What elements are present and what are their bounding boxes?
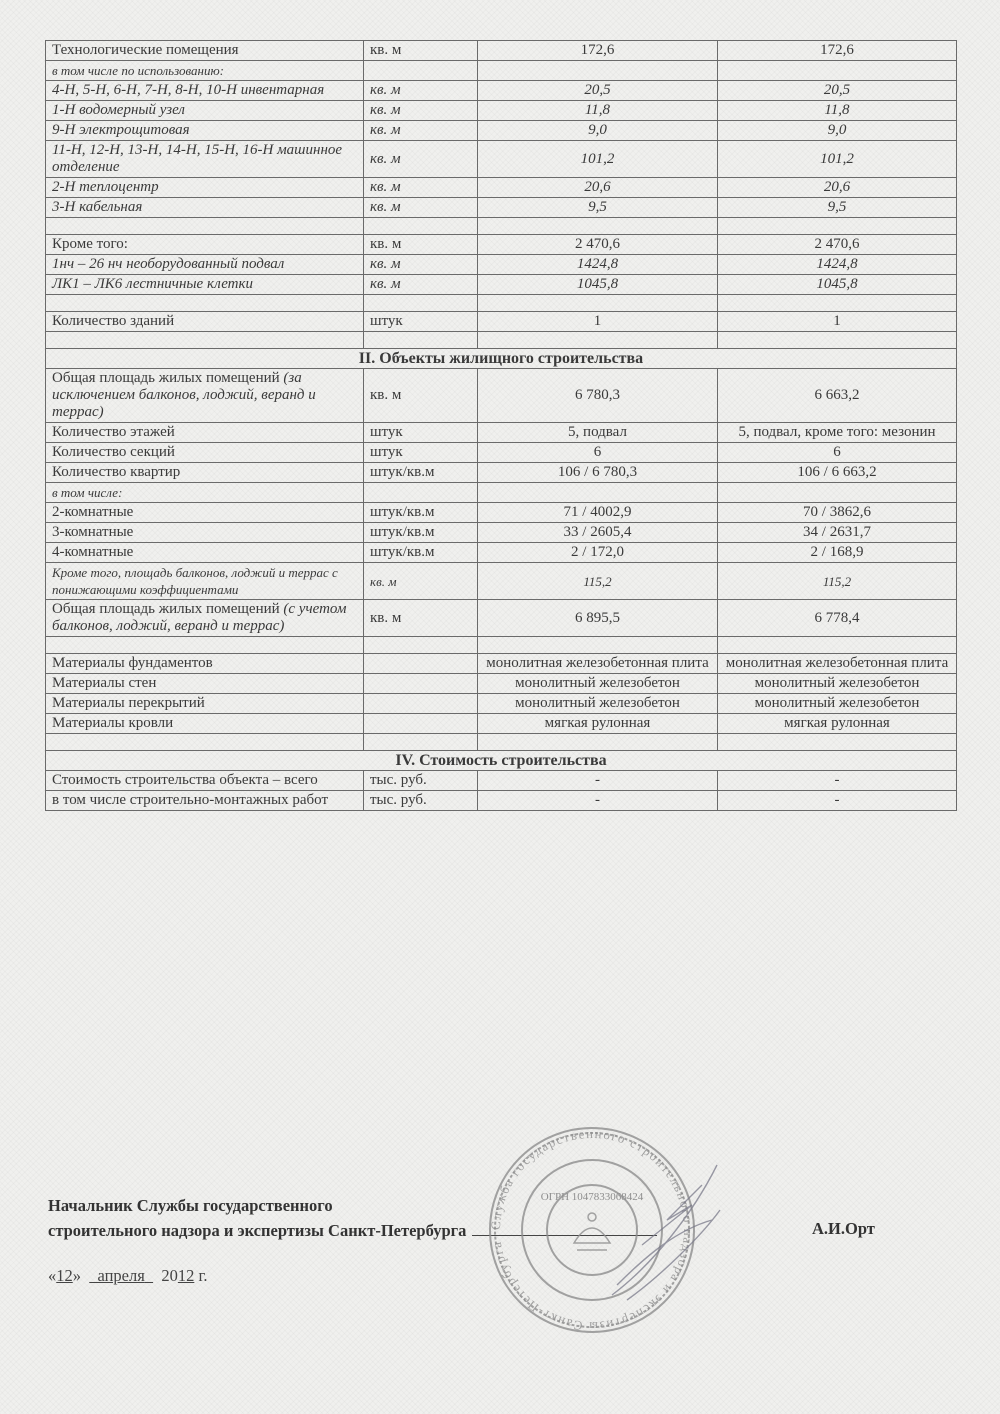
value-project: 33 / 2605,4 [478, 523, 718, 543]
empty-cell [718, 295, 957, 312]
blank-row [46, 332, 957, 349]
row-unit: кв. м [364, 369, 478, 423]
value-actual: 1045,8 [718, 275, 957, 295]
value-actual: 1424,8 [718, 255, 957, 275]
row-label: Количество зданий [46, 312, 364, 332]
value-project: 6 780,3 [478, 369, 718, 423]
value-project [478, 61, 718, 81]
table-row: 3-Н кабельнаякв. м9,59,5 [46, 198, 957, 218]
value-project: монолитный железобетон [478, 674, 718, 694]
row-unit [364, 654, 478, 674]
value-actual: 34 / 2631,7 [718, 523, 957, 543]
empty-cell [46, 734, 364, 751]
empty-cell [718, 637, 957, 654]
row-label: Количество этажей [46, 423, 364, 443]
row-unit: кв. м [364, 235, 478, 255]
row-unit: штук [364, 443, 478, 463]
row-unit: тыс. руб. [364, 791, 478, 811]
row-label: 9-Н электрощитовая [46, 121, 364, 141]
value-actual: мягкая рулонная [718, 714, 957, 734]
signatory-name: А.И.Орт [812, 1219, 875, 1239]
value-project: 101,2 [478, 141, 718, 178]
row-label: Общая площадь жилых помещений (с учетом … [46, 600, 364, 637]
table-row: Материалы стенмонолитный железобетонмоно… [46, 674, 957, 694]
value-project: 1424,8 [478, 255, 718, 275]
table-row: Общая площадь жилых помещений (с учетом … [46, 600, 957, 637]
value-project: 20,6 [478, 178, 718, 198]
row-label: 1нч – 26 нч необорудованный подвал [46, 255, 364, 275]
table-row: в том числе по использованию: [46, 61, 957, 81]
row-unit: кв. м [364, 81, 478, 101]
table-row: Материалы кровлимягкая рулоннаямягкая ру… [46, 714, 957, 734]
row-label: в том числе: [46, 483, 364, 503]
value-actual: 20,6 [718, 178, 957, 198]
row-label: 11-Н, 12-Н, 13-Н, 14-Н, 15-Н, 16-Н машин… [46, 141, 364, 178]
row-label: Стоимость строительства объекта – всего [46, 771, 364, 791]
empty-cell [718, 734, 957, 751]
empty-cell [478, 332, 718, 349]
document-page: Технологические помещениякв. м172,6172,6… [0, 0, 1000, 1414]
official-seal-stamp-icon: Служба государственного строительного на… [462, 1125, 722, 1335]
table-row: 1нч – 26 нч необорудованный подвалкв. м1… [46, 255, 957, 275]
value-actual: 9,5 [718, 198, 957, 218]
empty-cell [46, 218, 364, 235]
row-label: Материалы стен [46, 674, 364, 694]
value-project [478, 483, 718, 503]
date-quote-open: « [48, 1266, 56, 1285]
empty-cell [364, 332, 478, 349]
table-body: Технологические помещениякв. м172,6172,6… [46, 41, 957, 811]
value-actual: 1 [718, 312, 957, 332]
row-unit: кв. м [364, 255, 478, 275]
row-unit: кв. м [364, 600, 478, 637]
section-title: IV. Стоимость строительства [46, 751, 957, 771]
value-project: монолитный железобетон [478, 694, 718, 714]
value-project: 11,8 [478, 101, 718, 121]
row-unit [364, 694, 478, 714]
empty-cell [364, 734, 478, 751]
value-actual: 20,5 [718, 81, 957, 101]
row-label: 2-Н теплоцентр [46, 178, 364, 198]
table-row: 2-комнатныештук/кв.м71 / 4002,970 / 3862… [46, 503, 957, 523]
table-row: 1-Н водомерный узелкв. м11,811,8 [46, 101, 957, 121]
row-label: Общая площадь жилых помещений (за исключ… [46, 369, 364, 423]
value-actual: 101,2 [718, 141, 957, 178]
value-actual: 6 [718, 443, 957, 463]
date-day: 12 [56, 1266, 73, 1285]
row-unit: штук/кв.м [364, 503, 478, 523]
value-project: 9,0 [478, 121, 718, 141]
table-row: в том числе строительно-монтажных работт… [46, 791, 957, 811]
table-row: в том числе: [46, 483, 957, 503]
row-unit: кв. м [364, 101, 478, 121]
row-unit: тыс. руб. [364, 771, 478, 791]
row-label: Технологические помещения [46, 41, 364, 61]
empty-cell [46, 295, 364, 312]
row-label: Материалы фундаментов [46, 654, 364, 674]
row-label: ЛК1 – ЛК6 лестничные клетки [46, 275, 364, 295]
value-actual: монолитный железобетон [718, 694, 957, 714]
date-suffix: г. [198, 1266, 207, 1285]
signatory-title-line-2: строительного надзора и экспертизы Санкт… [48, 1221, 466, 1240]
value-project: мягкая рулонная [478, 714, 718, 734]
row-label: 4-комнатные [46, 543, 364, 563]
value-actual: 6 663,2 [718, 369, 957, 423]
empty-cell [46, 332, 364, 349]
section-header-row: IV. Стоимость строительства [46, 751, 957, 771]
row-unit: кв. м [364, 563, 478, 600]
row-label: Материалы кровли [46, 714, 364, 734]
value-project: 1 [478, 312, 718, 332]
table-row: Технологические помещениякв. м172,6172,6 [46, 41, 957, 61]
table-row: 9-Н электрощитоваякв. м9,09,0 [46, 121, 957, 141]
section-title: II. Объекты жилищного строительства [46, 349, 957, 369]
svg-text:ОГРН 1047833068424: ОГРН 1047833068424 [541, 1191, 644, 1203]
table-row: Материалы фундаментовмонолитная железобе… [46, 654, 957, 674]
row-label: Материалы перекрытий [46, 694, 364, 714]
row-label: 1-Н водомерный узел [46, 101, 364, 121]
table-row: 11-Н, 12-Н, 13-Н, 14-Н, 15-Н, 16-Н машин… [46, 141, 957, 178]
row-unit: кв. м [364, 41, 478, 61]
row-unit: кв. м [364, 141, 478, 178]
table-row: Количество этажейштук5, подвал5, подвал,… [46, 423, 957, 443]
row-label: 3-Н кабельная [46, 198, 364, 218]
value-actual: 115,2 [718, 563, 957, 600]
date-month: апреля [89, 1266, 153, 1285]
empty-cell [718, 218, 957, 235]
value-project: монолитная железобетонная плита [478, 654, 718, 674]
row-label: 4-Н, 5-Н, 6-Н, 7-Н, 8-Н, 10-Н инвентарна… [46, 81, 364, 101]
row-label: 2-комнатные [46, 503, 364, 523]
row-unit [364, 483, 478, 503]
value-actual: 172,6 [718, 41, 957, 61]
value-actual: 106 / 6 663,2 [718, 463, 957, 483]
row-unit: штук/кв.м [364, 543, 478, 563]
row-unit: кв. м [364, 178, 478, 198]
value-project: 20,5 [478, 81, 718, 101]
table-row: Стоимость строительства объекта – всегот… [46, 771, 957, 791]
row-label: в том числе по использованию: [46, 61, 364, 81]
table-row: Количество зданийштук11 [46, 312, 957, 332]
empty-cell [364, 218, 478, 235]
row-unit: кв. м [364, 198, 478, 218]
value-actual: 2 / 168,9 [718, 543, 957, 563]
row-unit [364, 714, 478, 734]
empty-cell [478, 295, 718, 312]
value-project: 2 / 172,0 [478, 543, 718, 563]
row-unit: штук [364, 423, 478, 443]
table-row: 2-Н теплоцентркв. м20,620,6 [46, 178, 957, 198]
row-unit [364, 61, 478, 81]
date-year-prefix: 20 [161, 1266, 178, 1285]
row-label: в том числе строительно-монтажных работ [46, 791, 364, 811]
value-project: 5, подвал [478, 423, 718, 443]
value-project: 71 / 4002,9 [478, 503, 718, 523]
empty-cell [478, 637, 718, 654]
table-row: Кроме того:кв. м2 470,62 470,6 [46, 235, 957, 255]
value-actual: 5, подвал, кроме того: мезонин [718, 423, 957, 443]
empty-cell [718, 332, 957, 349]
value-project: 1045,8 [478, 275, 718, 295]
table-row: Кроме того, площадь балконов, лоджий и т… [46, 563, 957, 600]
table-row: Количество квартирштук/кв.м106 / 6 780,3… [46, 463, 957, 483]
row-unit: кв. м [364, 275, 478, 295]
value-actual [718, 483, 957, 503]
value-actual: 2 470,6 [718, 235, 957, 255]
value-actual: 6 778,4 [718, 600, 957, 637]
table-row: 4-комнатныештук/кв.м2 / 172,02 / 168,9 [46, 543, 957, 563]
empty-cell [478, 218, 718, 235]
value-actual [718, 61, 957, 81]
table-row: ЛК1 – ЛК6 лестничные клеткикв. м1045,810… [46, 275, 957, 295]
svg-text:Служба государственного строит: Служба государственного строительного на… [488, 1126, 696, 1334]
blank-row [46, 734, 957, 751]
date-quote-close: » [73, 1266, 81, 1285]
value-project: - [478, 771, 718, 791]
row-label: Кроме того, площадь балконов, лоджий и т… [46, 563, 364, 600]
value-project: - [478, 791, 718, 811]
empty-cell [364, 637, 478, 654]
value-actual: - [718, 791, 957, 811]
value-project: 172,6 [478, 41, 718, 61]
table-row: Общая площадь жилых помещений (за исключ… [46, 369, 957, 423]
value-project: 6 [478, 443, 718, 463]
row-label: Кроме того: [46, 235, 364, 255]
section-header-row: II. Объекты жилищного строительства [46, 349, 957, 369]
row-unit [364, 674, 478, 694]
value-actual: 70 / 3862,6 [718, 503, 957, 523]
empty-cell [46, 637, 364, 654]
value-project: 9,5 [478, 198, 718, 218]
blank-row [46, 637, 957, 654]
row-unit: штук/кв.м [364, 463, 478, 483]
row-label: Количество квартир [46, 463, 364, 483]
row-label: Количество секций [46, 443, 364, 463]
table-row: 4-Н, 5-Н, 6-Н, 7-Н, 8-Н, 10-Н инвентарна… [46, 81, 957, 101]
value-project: 106 / 6 780,3 [478, 463, 718, 483]
row-unit: штук [364, 312, 478, 332]
row-unit: кв. м [364, 121, 478, 141]
row-label: 3-комнатные [46, 523, 364, 543]
date-year-suffix: 12 [178, 1266, 195, 1285]
table-row: Материалы перекрытиймонолитный железобет… [46, 694, 957, 714]
construction-data-table: Технологические помещениякв. м172,6172,6… [45, 40, 957, 811]
empty-cell [364, 295, 478, 312]
value-actual: монолитная железобетонная плита [718, 654, 957, 674]
empty-cell [478, 734, 718, 751]
value-project: 6 895,5 [478, 600, 718, 637]
table-row: Количество секцийштук66 [46, 443, 957, 463]
blank-row [46, 295, 957, 312]
value-actual: 11,8 [718, 101, 957, 121]
table-row: 3-комнатныештук/кв.м33 / 2605,434 / 2631… [46, 523, 957, 543]
document-date: «12» апреля 2012 г. [48, 1266, 208, 1286]
value-project: 2 470,6 [478, 235, 718, 255]
value-actual: - [718, 771, 957, 791]
blank-row [46, 218, 957, 235]
value-actual: монолитный железобетон [718, 674, 957, 694]
row-unit: штук/кв.м [364, 523, 478, 543]
value-actual: 9,0 [718, 121, 957, 141]
value-project: 115,2 [478, 563, 718, 600]
